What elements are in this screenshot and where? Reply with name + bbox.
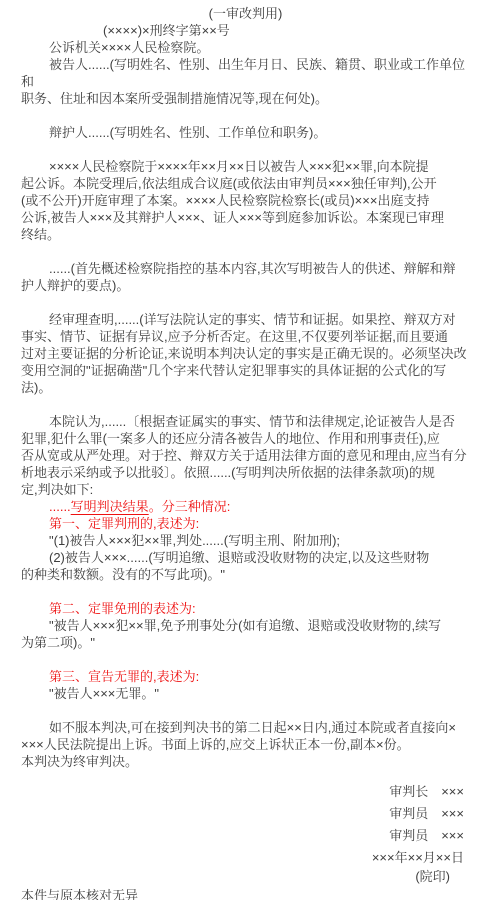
- court-seal-note: (院印): [21, 868, 450, 886]
- verdict-result-note: ......写明判决结果。分三种情况:: [21, 498, 470, 515]
- defender-info: 辩护人......(写明姓名、性别、工作单位和职务)。: [21, 124, 470, 141]
- case2-title: 第二、定罪免刑的表述为:: [21, 600, 470, 617]
- case1-title: 第一、定罪判刑的,表述为:: [21, 515, 470, 532]
- case1-item2: (2)被告人×××......(写明追缴、退赔或没收财物的决定,以及这些财物 的…: [21, 549, 470, 583]
- case2-text: "被告人×××犯××罪,免予刑事处分(如有追缴、退赔或没收财物的,续写 为第二项…: [21, 617, 470, 651]
- appeal-info: 如不服本判决,可在接到判决书的第二日起××日内,通过本院或者直接向× ×××人民…: [21, 719, 470, 770]
- defendant-info: 被告人......(写明姓名、性别、出生年月日、民族、籍贯、职业或工作单位 和 …: [21, 56, 470, 107]
- court-opinion: 本院认为,......〔根据查证属实的事实、情节和法律规定,论证被告人是否 犯罪…: [21, 413, 470, 498]
- prosecution-organ: 公诉机关××××人民检察院。: [21, 39, 470, 56]
- case1-item1: "(1)被告人×××犯××罪,判处......(写明主刑、附加刑);: [21, 532, 470, 549]
- signature-block: 审判长 ××× 审判员 ××× 审判员 ××× ×××年××月××日 (院印): [21, 781, 470, 886]
- case-number: (××××)×刑终字第××号: [103, 22, 470, 39]
- verdict-note-rest: 。分三种情况:: [149, 499, 231, 514]
- verdict-note-dots: ......: [49, 499, 71, 514]
- facts-found: 经审理查明,......(详写法院认定的事实、情节和证据。如果控、辩双方对 事实…: [21, 311, 470, 396]
- criminal-judgment-template-page: (一审改判用) (××××)×刑终字第××号 公诉机关××××人民检察院。 被告…: [0, 0, 490, 900]
- verification-note: 本件与原本核对无异: [21, 887, 470, 900]
- usage-note: (一审改判用): [21, 5, 470, 22]
- charge-summary: ......(首先概述检察院指控的基本内容,其次写明被告人的供述、辩解和辩 护人…: [21, 260, 470, 294]
- presiding-judge-line: 审判长 ×××: [21, 781, 464, 803]
- judge-line-2: 审判员 ×××: [21, 825, 464, 847]
- judgment-date: ×××年××月××日: [21, 847, 464, 868]
- judge-line-1: 审判员 ×××: [21, 803, 464, 825]
- verdict-note-underlined: 写明判决结果: [71, 499, 149, 514]
- case3-text: "被告人×××无罪。": [21, 685, 470, 702]
- case3-title: 第三、宣告无罪的,表述为:: [21, 668, 470, 685]
- trial-process: ××××人民检察院于××××年××月××日以被告人×××犯××罪,向本院提 起公…: [21, 158, 470, 243]
